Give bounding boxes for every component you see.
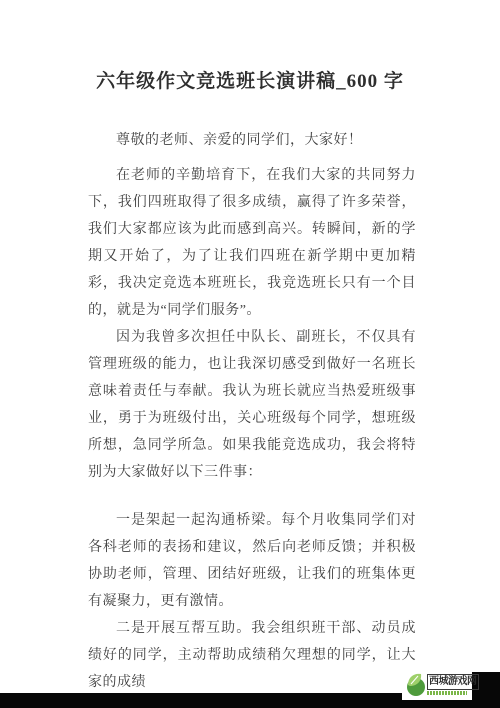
paragraph-greeting: 尊敬的老师、亲爱的同学们，大家好！ xyxy=(88,127,416,154)
paragraph-qualifications: 因为我曾多次担任中队长、副班长，不仅具有管理班级的能力，也让我深切感受到做好一名… xyxy=(88,324,416,486)
watermark-tagline xyxy=(427,691,467,695)
paragraph-promise-two: 二是开展互帮互助。我会组织班干部、动员成绩好的同学，主动帮助成绩稍欠理想的同学，… xyxy=(88,615,416,696)
watermark-text-column: 西城游戏网 xyxy=(427,674,479,695)
document-page: 六年级作文竞选班长演讲稿_600 字 尊敬的老师、亲爱的同学们，大家好！ 在老师… xyxy=(0,0,500,708)
paragraph-intro: 在老师的辛勤培育下，在我们大家的共同努力下，我们四班取得了很多成绩，赢得了许多荣… xyxy=(88,162,416,324)
paragraph-promise-one: 一是架起一起沟通桥梁。每个月收集同学们对各科老师的表扬和建议，然后向老师反馈；并… xyxy=(88,507,416,615)
page-title: 六年级作文竞选班长演讲稿_600 字 xyxy=(0,0,500,93)
watermark-logo: 西城游戏网 xyxy=(402,668,472,700)
watermark-site-name: 西城游戏网 xyxy=(427,674,479,690)
document-body: 尊敬的老师、亲爱的同学们，大家好！ 在老师的辛勤培育下，在我们大家的共同努力下，… xyxy=(88,127,416,696)
leaf-icon xyxy=(404,671,426,697)
